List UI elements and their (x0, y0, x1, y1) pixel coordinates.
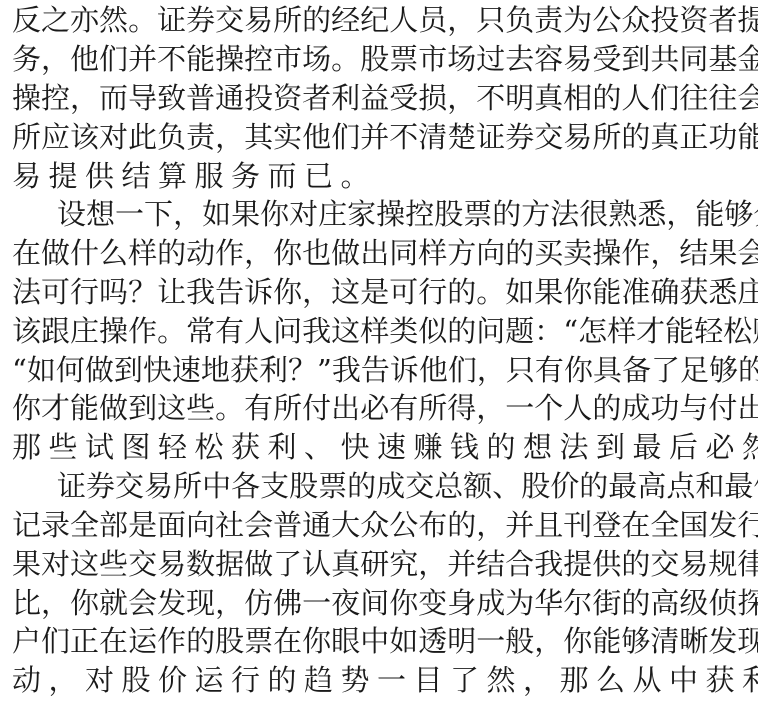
glyph: 易 (563, 118, 592, 156)
glyph: 提 (563, 545, 592, 583)
glyph: 个 (534, 389, 563, 427)
glyph: 和 (695, 467, 724, 505)
glyph: 者 (302, 79, 331, 117)
glyph: 到 (128, 389, 157, 427)
glyph: 全 (650, 506, 679, 544)
glyph: 普 (186, 79, 215, 117)
glyph: 常 (186, 312, 215, 350)
glyph: 这 (331, 312, 360, 350)
glyph: 法 (12, 273, 41, 311)
glyph: 你 (12, 389, 41, 427)
glyph: “ (12, 351, 27, 389)
glyph: 做 (99, 389, 128, 427)
glyph: 大 (331, 506, 360, 544)
glyph: 经 (331, 1, 360, 39)
glyph: 人 (621, 79, 650, 117)
glyph: 你 (564, 351, 593, 389)
glyph: 资 (679, 1, 708, 39)
glyph: 出 (737, 389, 758, 427)
glyph: 损 (418, 79, 447, 117)
glyph: 益 (360, 79, 389, 117)
glyph: 基 (708, 40, 737, 78)
glyph: 够 (621, 622, 650, 660)
glyph: 规 (708, 545, 737, 583)
glyph: 合 (505, 545, 534, 583)
glyph: 现 (737, 622, 758, 660)
glyph: ， (447, 79, 476, 117)
text-line: 务，他们并不能操控市场。股票市场过去容易受到共同基金及庄家大户的 (12, 40, 748, 78)
glyph: 普 (273, 506, 302, 544)
glyph: 到 (114, 351, 143, 389)
glyph: 供 (592, 545, 621, 583)
glyph: 楚 (447, 118, 476, 156)
glyph: 所 (12, 118, 41, 156)
glyph: 一 (115, 195, 144, 233)
glyph: 的 (621, 584, 650, 622)
glyph: 能 (70, 389, 99, 427)
glyph: 股 (215, 622, 244, 660)
glyph: 必 (360, 389, 389, 427)
glyph: 在 (12, 234, 41, 272)
glyph: 总 (434, 467, 463, 505)
glyph: 不 (389, 118, 418, 156)
glyph: 证 (476, 118, 505, 156)
glyph: 做 (41, 234, 70, 272)
glyph: 成 (621, 389, 650, 427)
glyph: 券 (505, 118, 534, 156)
glyph: 明 (447, 622, 476, 660)
glyph: 确 (650, 273, 679, 311)
glyph: 市 (273, 40, 302, 78)
glyph: 下 (144, 195, 173, 233)
glyph: 为 (505, 584, 534, 622)
glyph: 夜 (331, 584, 360, 622)
glyph: 利 (331, 79, 360, 117)
glyph: 者 (708, 1, 737, 39)
glyph: 跟 (41, 312, 70, 350)
glyph: 只 (506, 351, 535, 389)
glyph: 究 (389, 545, 418, 583)
glyph: 布 (418, 506, 447, 544)
glyph: 的 (738, 351, 758, 389)
glyph: 快 (143, 351, 172, 389)
glyph: 我 (186, 273, 215, 311)
glyph: 侦 (708, 584, 737, 622)
glyph: 控 (244, 40, 273, 78)
text-line: “如何做到快速地获利？”我告诉他们，只有你具备了足够的能力及知识， (12, 351, 748, 389)
glyph: 清 (650, 622, 679, 660)
glyph: 做 (331, 234, 360, 272)
glyph: 所 (273, 389, 302, 427)
glyph: 与 (679, 389, 708, 427)
glyph: 共 (650, 40, 679, 78)
glyph: 会 (244, 506, 273, 544)
glyph: 记 (12, 506, 41, 544)
glyph: 方 (521, 195, 550, 233)
glyph: 并 (360, 118, 389, 156)
text-line: 法可行吗？让我告诉你，这是可行的。如果你能准确获悉庄家的动向，应 (12, 273, 748, 311)
glyph: 且 (534, 506, 563, 544)
glyph: ， (70, 79, 99, 117)
glyph: 的 (157, 234, 186, 272)
glyph: 的 (447, 506, 476, 544)
glyph: 一 (302, 584, 331, 622)
glyph: 你 (563, 622, 592, 660)
glyph: 问 (476, 312, 505, 350)
glyph: 并 (128, 40, 157, 78)
glyph: 做 (85, 351, 114, 389)
glyph: 得 (447, 389, 476, 427)
glyph: 仿 (244, 584, 273, 622)
glyph: 如 (505, 273, 534, 311)
glyph: 们 (331, 118, 360, 156)
glyph: 诉 (244, 273, 273, 311)
glyph: 应 (41, 118, 70, 156)
glyph: 作 (157, 622, 186, 660)
glyph: ， (447, 1, 476, 39)
glyph: 价 (550, 467, 579, 505)
glyph: 投 (650, 1, 679, 39)
glyph: ， (418, 545, 447, 583)
glyph: 一 (505, 389, 534, 427)
glyph: 可 (389, 273, 418, 311)
glyph: 发 (157, 584, 186, 622)
glyph: 赚 (752, 312, 758, 350)
glyph: 交 (534, 118, 563, 156)
glyph: 们 (650, 79, 679, 117)
glyph: 般 (505, 622, 534, 660)
glyph: 全 (70, 506, 99, 544)
glyph: 操 (592, 234, 621, 272)
glyph: 佛 (273, 584, 302, 622)
glyph: ， (534, 622, 563, 660)
glyph: 间 (360, 584, 389, 622)
text-line: 比，你就会发现，仿佛一夜间你变身成为华尔街的高级侦探，那些庄家大 (12, 584, 748, 622)
glyph: 晰 (679, 622, 708, 660)
glyph: 向 (186, 506, 215, 544)
glyph: 卖 (563, 234, 592, 272)
glyph: 怎 (578, 312, 607, 350)
glyph: 你 (273, 273, 302, 311)
glyph: 场 (302, 40, 331, 78)
glyph: 何 (56, 351, 85, 389)
glyph: 问 (273, 312, 302, 350)
glyph: 不 (157, 40, 186, 78)
glyph: ， (215, 118, 244, 156)
glyph: 们 (41, 622, 70, 660)
glyph: 易 (679, 545, 708, 583)
glyph: 易 (157, 545, 186, 583)
glyph: 其 (244, 118, 273, 156)
glyph: 付 (708, 389, 737, 427)
glyph: 样 (607, 312, 636, 350)
glyph: 诉 (390, 351, 419, 389)
glyph: ， (41, 40, 70, 78)
glyph: 并 (447, 545, 476, 583)
glyph: 为 (563, 1, 592, 39)
glyph: 、 (492, 467, 521, 505)
glyph: 投 (244, 79, 273, 117)
glyph: 并 (505, 506, 534, 544)
text-line: 记录全部是面向社会普通大众公布的，并且刊登在全国发行的报纸上。如 (12, 506, 748, 544)
glyph: 额 (463, 467, 492, 505)
glyph: 是 (128, 506, 157, 544)
glyph: 样 (418, 234, 447, 272)
glyph: 能 (186, 40, 215, 78)
glyph: 作 (128, 312, 157, 350)
glyph: 而 (99, 79, 128, 117)
glyph: 身 (447, 584, 476, 622)
glyph: 的 (592, 389, 621, 427)
glyph: 果 (708, 234, 737, 272)
glyph: 具 (593, 351, 622, 389)
glyph: 可 (41, 273, 70, 311)
glyph: ， (173, 195, 202, 233)
glyph: 真 (331, 545, 360, 583)
glyph: ， (476, 506, 505, 544)
glyph: ？ (288, 351, 317, 389)
glyph: 能 (695, 195, 724, 233)
glyph: 会 (737, 79, 758, 117)
glyph: 我 (332, 351, 361, 389)
glyph: 他 (419, 351, 448, 389)
glyph: 证 (157, 1, 186, 39)
glyph: 的 (447, 312, 476, 350)
glyph: 交 (405, 467, 434, 505)
glyph: 负 (505, 1, 534, 39)
glyph: 反 (12, 1, 41, 39)
glyph: 街 (592, 584, 621, 622)
glyph: 交 (115, 467, 144, 505)
glyph: 务 (12, 40, 41, 78)
glyph: 易 (244, 1, 273, 39)
glyph: 你 (302, 622, 331, 660)
glyph: 录 (41, 506, 70, 544)
glyph: 行 (70, 273, 99, 311)
glyph: 所 (173, 467, 202, 505)
glyph: 对 (289, 195, 318, 233)
glyph: 人 (244, 312, 273, 350)
glyph: 。 (128, 1, 157, 39)
glyph: 明 (505, 79, 534, 117)
glyph: 股 (434, 195, 463, 233)
glyph: 结 (476, 545, 505, 583)
glyph: 股 (521, 467, 550, 505)
glyph: 这 (70, 545, 99, 583)
glyph: 动 (186, 234, 215, 272)
glyph: 认 (302, 545, 331, 583)
glyph: 地 (201, 351, 230, 389)
glyph: 支 (260, 467, 289, 505)
glyph: 了 (273, 545, 302, 583)
glyph: 你 (260, 195, 289, 233)
glyph: 能 (592, 273, 621, 311)
glyph: 功 (708, 118, 737, 156)
glyph: “ (563, 312, 578, 350)
glyph: 清 (418, 118, 447, 156)
glyph: 部 (99, 506, 128, 544)
glyph: 易 (144, 467, 173, 505)
glyph: 的 (505, 234, 534, 272)
glyph: 样 (128, 234, 157, 272)
glyph: 他 (302, 118, 331, 156)
glyph: 什 (70, 234, 99, 272)
glyph: 各 (231, 467, 260, 505)
glyph: 付 (302, 389, 331, 427)
glyph: 金 (737, 40, 758, 78)
glyph: 买 (534, 234, 563, 272)
glyph: 容 (534, 40, 563, 78)
glyph: 探 (737, 584, 758, 622)
glyph: 告 (361, 351, 390, 389)
glyph: 们 (448, 351, 477, 389)
glyph: 。 (476, 273, 505, 311)
glyph: 行 (418, 273, 447, 311)
glyph: 作 (215, 234, 244, 272)
glyph: 然 (99, 1, 128, 39)
glyph: 致 (157, 79, 186, 117)
glyph: 中 (202, 467, 231, 505)
glyph: 的 (492, 195, 521, 233)
glyph: 亦 (70, 1, 99, 39)
glyph: 票 (244, 622, 273, 660)
glyph: 轻 (694, 312, 723, 350)
glyph: 会 (128, 584, 157, 622)
glyph: 在 (621, 506, 650, 544)
glyph: 运 (128, 622, 157, 660)
glyph: 不 (476, 79, 505, 117)
glyph: 对 (99, 118, 128, 156)
glyph: 操 (376, 195, 405, 233)
glyph: 过 (476, 40, 505, 78)
text-line: 操控，而导致普通投资者利益受损，不明真相的人们往往会指控证券交易 (12, 79, 748, 117)
glyph: 面 (157, 506, 186, 544)
glyph: 股 (289, 467, 318, 505)
glyph: 人 (389, 1, 418, 39)
glyph: 受 (592, 40, 621, 78)
glyph: ： (534, 312, 563, 350)
glyph: 庄 (737, 273, 758, 311)
glyph: 资 (273, 79, 302, 117)
text-line: 该跟庄操作。常有人问我这样类似的问题：“怎样才能轻松赚到钱？”或 (12, 312, 748, 350)
glyph: 真 (650, 118, 679, 156)
glyph: 正 (679, 118, 708, 156)
glyph: 该 (70, 118, 99, 156)
glyph: 足 (680, 351, 709, 389)
glyph: 的 (347, 467, 376, 505)
glyph: 有 (244, 389, 273, 427)
glyph: 据 (215, 545, 244, 583)
glyph: 如 (202, 195, 231, 233)
text-line: 反之亦然。证券交易所的经纪人员，只负责为公众投资者提供买卖中介服 (12, 1, 748, 39)
glyph: 交 (650, 545, 679, 583)
glyph: 通 (215, 79, 244, 117)
glyph: 利 (259, 351, 288, 389)
glyph: 你 (273, 234, 302, 272)
glyph: 券 (186, 1, 215, 39)
glyph: 样 (360, 312, 389, 350)
glyph: 的 (579, 467, 608, 505)
glyph: 登 (592, 506, 621, 544)
glyph: 么 (99, 234, 128, 272)
glyph: 类 (389, 312, 418, 350)
glyph: 悉 (637, 195, 666, 233)
glyph: 才 (41, 389, 70, 427)
glyph: 发 (708, 622, 737, 660)
glyph: 票 (463, 195, 492, 233)
glyph: 真 (534, 79, 563, 117)
glyph: 数 (186, 545, 215, 583)
text-line: 动，对股价运行的趋势一目了然，那么从中获利就不是一件难事了。 (12, 661, 748, 699)
glyph: 吗 (99, 273, 128, 311)
glyph: 正 (70, 622, 99, 660)
text-line: 那些试图轻松获利、快速赚钱的想法到最后必然是一无所获。 (12, 428, 748, 466)
glyph: 所 (418, 389, 447, 427)
glyph: 受 (389, 79, 418, 117)
glyph: 。 (331, 40, 360, 78)
text-line: 在做什么样的动作，你也做出同样方向的买卖操作，结果会怎样？这种方 (12, 234, 748, 272)
glyph: 告 (215, 273, 244, 311)
glyph: 是 (360, 273, 389, 311)
glyph: 就 (99, 584, 128, 622)
glyph: 你 (389, 584, 418, 622)
glyph: 高 (650, 584, 679, 622)
glyph: ， (302, 273, 331, 311)
glyph: 获 (230, 351, 259, 389)
glyph: 公 (592, 1, 621, 39)
glyph: 研 (360, 545, 389, 583)
glyph: 如 (389, 622, 418, 660)
glyph: 此 (128, 118, 157, 156)
glyph: 只 (476, 1, 505, 39)
glyph: 设 (57, 195, 86, 233)
text-line: 证券交易所中各支股票的成交总额、股价的最高点和最低点等方面的 (57, 467, 748, 505)
glyph: 股 (360, 40, 389, 78)
glyph: 。 (157, 312, 186, 350)
glyph: 的 (186, 622, 215, 660)
glyph: 所 (273, 1, 302, 39)
glyph: 责 (186, 118, 215, 156)
glyph: 悉 (708, 273, 737, 311)
glyph: 作 (621, 234, 650, 272)
glyph: 们 (99, 40, 128, 78)
glyph: 有 (535, 351, 564, 389)
glyph: 公 (389, 506, 418, 544)
glyph: ， (477, 351, 506, 389)
glyph: 市 (418, 40, 447, 78)
glyph: 往 (679, 79, 708, 117)
glyph: 功 (650, 389, 679, 427)
glyph: ， (476, 389, 505, 427)
glyph: 操 (215, 40, 244, 78)
glyph: 场 (447, 40, 476, 78)
document-page: 反之亦然。证券交易所的经纪人员，只负责为公众投资者提供买卖中介服 务，他们并不能… (0, 0, 758, 703)
glyph: 点 (666, 467, 695, 505)
glyph: 相 (563, 79, 592, 117)
glyph: 在 (99, 622, 128, 660)
glyph: 律 (737, 545, 758, 583)
glyph: 了 (651, 351, 680, 389)
glyph: 国 (679, 506, 708, 544)
glyph: 眼 (331, 622, 360, 660)
glyph: 的 (592, 79, 621, 117)
glyph: 能 (665, 312, 694, 350)
glyph: 他 (70, 40, 99, 78)
glyph: 成 (476, 584, 505, 622)
glyph: 行 (737, 506, 758, 544)
glyph: 现 (186, 584, 215, 622)
glyph: 出 (360, 234, 389, 272)
